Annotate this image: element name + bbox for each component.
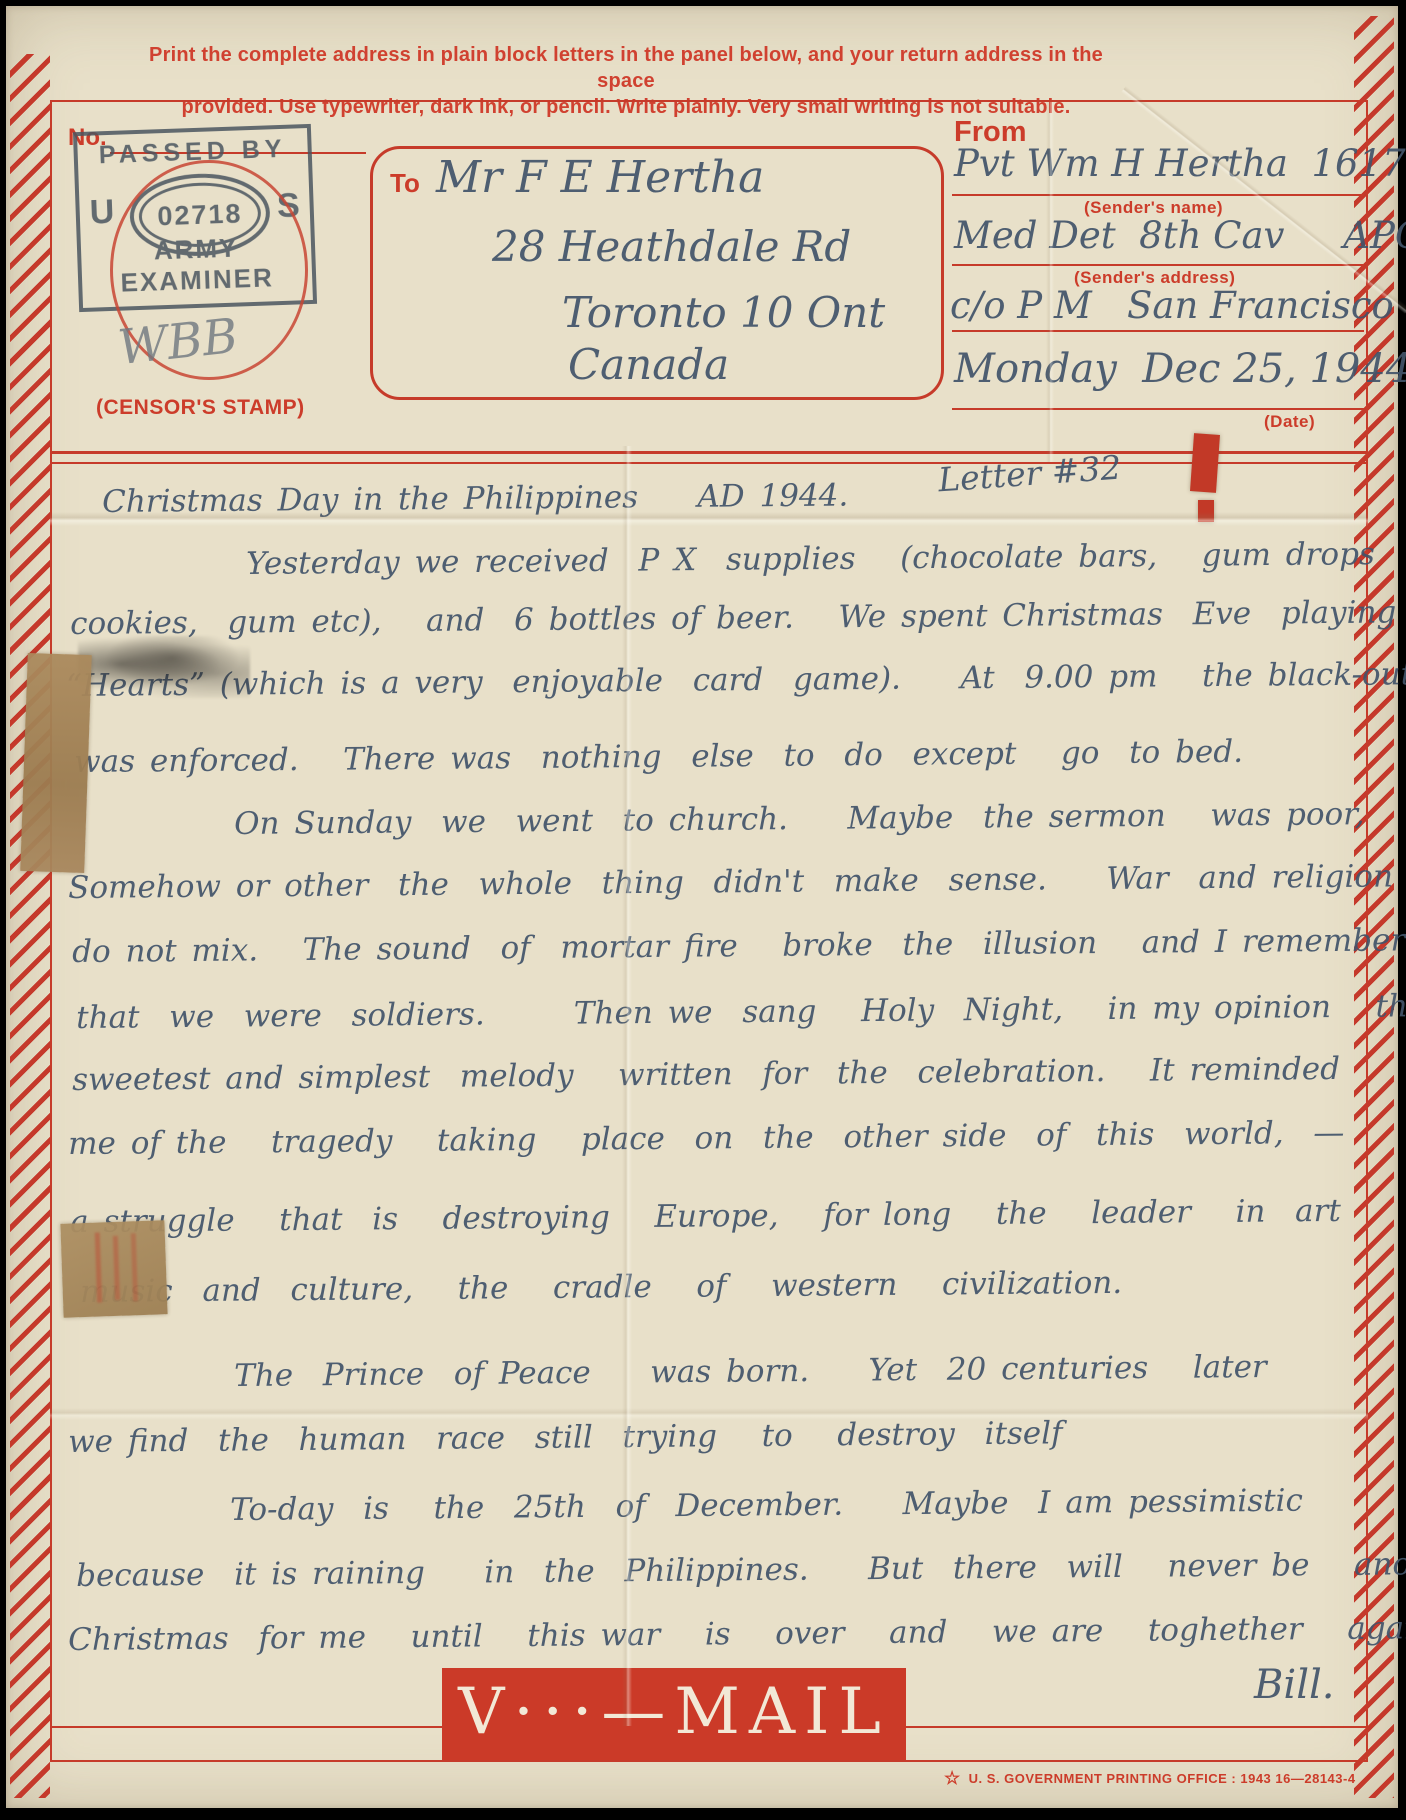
vmail-logo-text: V···—MAIL [458, 1675, 890, 1749]
tape-patch-music [60, 1220, 167, 1318]
letter-line-1: Christmas Day in the Philippines AD 1944… [102, 477, 848, 520]
letter-line-14: The Prince of Peace was born. Yet 20 cen… [234, 1349, 1267, 1394]
letter-line-13: music and culture, the cradle of western… [80, 1265, 1122, 1310]
letter-signature: Bill. [1254, 1662, 1335, 1708]
red-tape-bit-right [1190, 433, 1220, 493]
from-address2: c/o P M San Francisco Calif [950, 284, 1406, 327]
to-address-line2: 28 Heathdale Rd [492, 222, 851, 271]
to-address-line4: Canada [568, 340, 729, 389]
from-address: Med Det 8th Cav APO 201 [954, 214, 1406, 257]
tape-red-print-mark [95, 1232, 102, 1302]
from-address2-underline [952, 330, 1364, 332]
from-date-underline [952, 408, 1364, 410]
letter-line-17: because it is raining in the Philippines… [76, 1546, 1406, 1594]
ink-smudge [78, 636, 250, 698]
letter-line-9: that we were soldiers. Then we sang Holy… [76, 988, 1406, 1036]
date-caption: (Date) [1264, 412, 1315, 432]
letter-line-5: was enforced. There was nothing else to … [74, 734, 1243, 780]
tape-red-print-mark [131, 1233, 138, 1301]
separator-line-2 [50, 462, 1368, 464]
footer: ☆ U. S. GOVERNMENT PRINTING OFFICE : 194… [944, 1768, 1356, 1789]
frame-left-line [50, 100, 52, 1762]
letter-line-6: On Sunday we went to church. Maybe the s… [234, 796, 1365, 842]
stamp-letter-u: U [89, 193, 115, 233]
frame-top-line [50, 100, 1368, 102]
letter-line-10: sweetest and simplest melody written for… [72, 1051, 1340, 1098]
from-name-underline [952, 194, 1364, 196]
letter-line-15: we find the human race still trying to d… [68, 1415, 1063, 1460]
from-name: Pvt Wm H Hertha 16177414 [954, 142, 1406, 185]
letter-line-7: Somehow or other the whole thing didn't … [68, 858, 1393, 906]
tape-strip-left [20, 653, 92, 873]
from-date: Monday Dec 25, 1944 [954, 346, 1406, 392]
tape-red-print-mark [113, 1236, 120, 1300]
letter-line-2: Yesterday we received P X supplies (choc… [246, 536, 1375, 582]
to-label: To [390, 168, 420, 199]
letter-line-8: do not mix. The sound of mortar fire bro… [72, 922, 1406, 970]
letter-line-16: To-day is the 25th of December. Maybe I … [230, 1483, 1303, 1528]
star-icon: ☆ [944, 1768, 961, 1789]
form-instructions-line1: Print the complete address in plain bloc… [146, 42, 1106, 94]
letter-line-11: me of the tragedy taking place on the ot… [68, 1115, 1344, 1162]
paper: Print the complete address in plain bloc… [6, 6, 1398, 1808]
letter-line-4: “Hearts” (which is a very enjoyable card… [66, 656, 1406, 704]
letter-number: Letter #32 [937, 448, 1123, 500]
vmail-logo-box: V···—MAIL [442, 1668, 906, 1760]
left-hatch-border [10, 54, 50, 1798]
vmail-letter-page: Print the complete address in plain bloc… [0, 0, 1406, 1820]
red-tape-bit-right-small [1198, 500, 1214, 522]
censor-stamp-caption: (CENSOR'S STAMP) [96, 396, 305, 420]
to-address-line1: Mr F E Hertha [436, 152, 764, 203]
from-address-underline [952, 264, 1364, 266]
footer-printing-text: U. S. GOVERNMENT PRINTING OFFICE : 1943 … [969, 1771, 1356, 1786]
bottom-line-2 [50, 1760, 1368, 1762]
letter-line-18: Christmas for me until this war is over … [68, 1610, 1406, 1658]
separator-line-1 [50, 451, 1368, 454]
to-address-line3: Toronto 10 Ont [562, 288, 885, 337]
letter-line-12: a struggle that is destroying Europe, fo… [70, 1193, 1341, 1240]
form-instructions: Print the complete address in plain bloc… [146, 42, 1106, 120]
letter-line-3: cookies, gum etc), and 6 bottles of beer… [70, 594, 1396, 642]
